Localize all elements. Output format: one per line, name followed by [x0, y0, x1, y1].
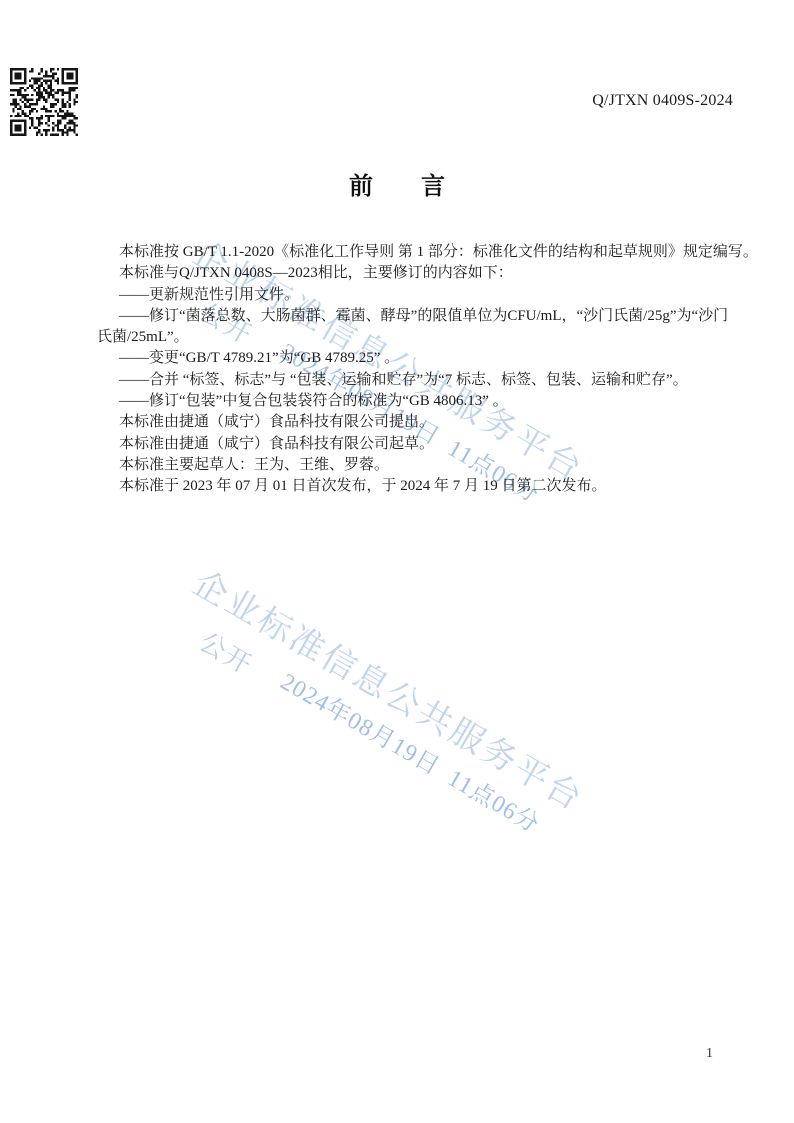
foreword-line: ——合并 “标签、标志”与 “包装、运输和贮存”为“7 标志、标签、包装、运输和…	[97, 370, 729, 391]
doc-number: Q/JTXN 0409S-2024	[592, 92, 733, 110]
foreword-line: 本标准与Q/JTXN 0408S—2023相比，主要修订的内容如下：	[97, 263, 729, 284]
watermark-public-label: 公开	[194, 622, 261, 682]
foreword-line: 本标准主要起草人：王为、王维、罗蓉。	[97, 455, 729, 476]
page-number: 1	[706, 1046, 713, 1062]
foreword-body: 本标准按 GB/T 1.1-2020《标准化工作导则 第 1 部分：标准化文件的…	[97, 242, 729, 498]
page-title: 前 言	[0, 166, 794, 201]
foreword-line: 本标准按 GB/T 1.1-2020《标准化工作导则 第 1 部分：标准化文件的…	[97, 242, 729, 263]
document-page: 企业标准信息公共服务平台 公开 2024年08月19日 11点06分 企业标准信…	[0, 0, 794, 1123]
qr-code-icon	[10, 68, 78, 136]
foreword-line: 本标准于 2023 年 07 月 01 日首次发布，于 2024 年 7 月 1…	[97, 476, 729, 497]
foreword-line: ——修订“包装”中复合包装袋符合的标准为“GB 4806.13” 。	[97, 391, 729, 412]
foreword-line: ——修订“菌落总数、大肠菌群、霉菌、酵母”的限值单位为CFU/mL，“沙门氏菌/…	[97, 306, 729, 327]
foreword-line: 本标准由捷通（咸宁）食品科技有限公司起草。	[97, 434, 729, 455]
foreword-line: 本标准由捷通（咸宁）食品科技有限公司提出。	[97, 412, 729, 433]
watermark-platform-text: 企业标准信息公共服务平台	[186, 556, 595, 820]
watermark-timestamp: 2024年08月19日 11点06分	[276, 662, 548, 839]
foreword-line: 氏菌/25mL”。	[97, 327, 729, 348]
foreword-line: ——更新规范性引用文件。	[97, 285, 729, 306]
foreword-line: ——变更“GB/T 4789.21”为“GB 4789.25” 。	[97, 348, 729, 369]
